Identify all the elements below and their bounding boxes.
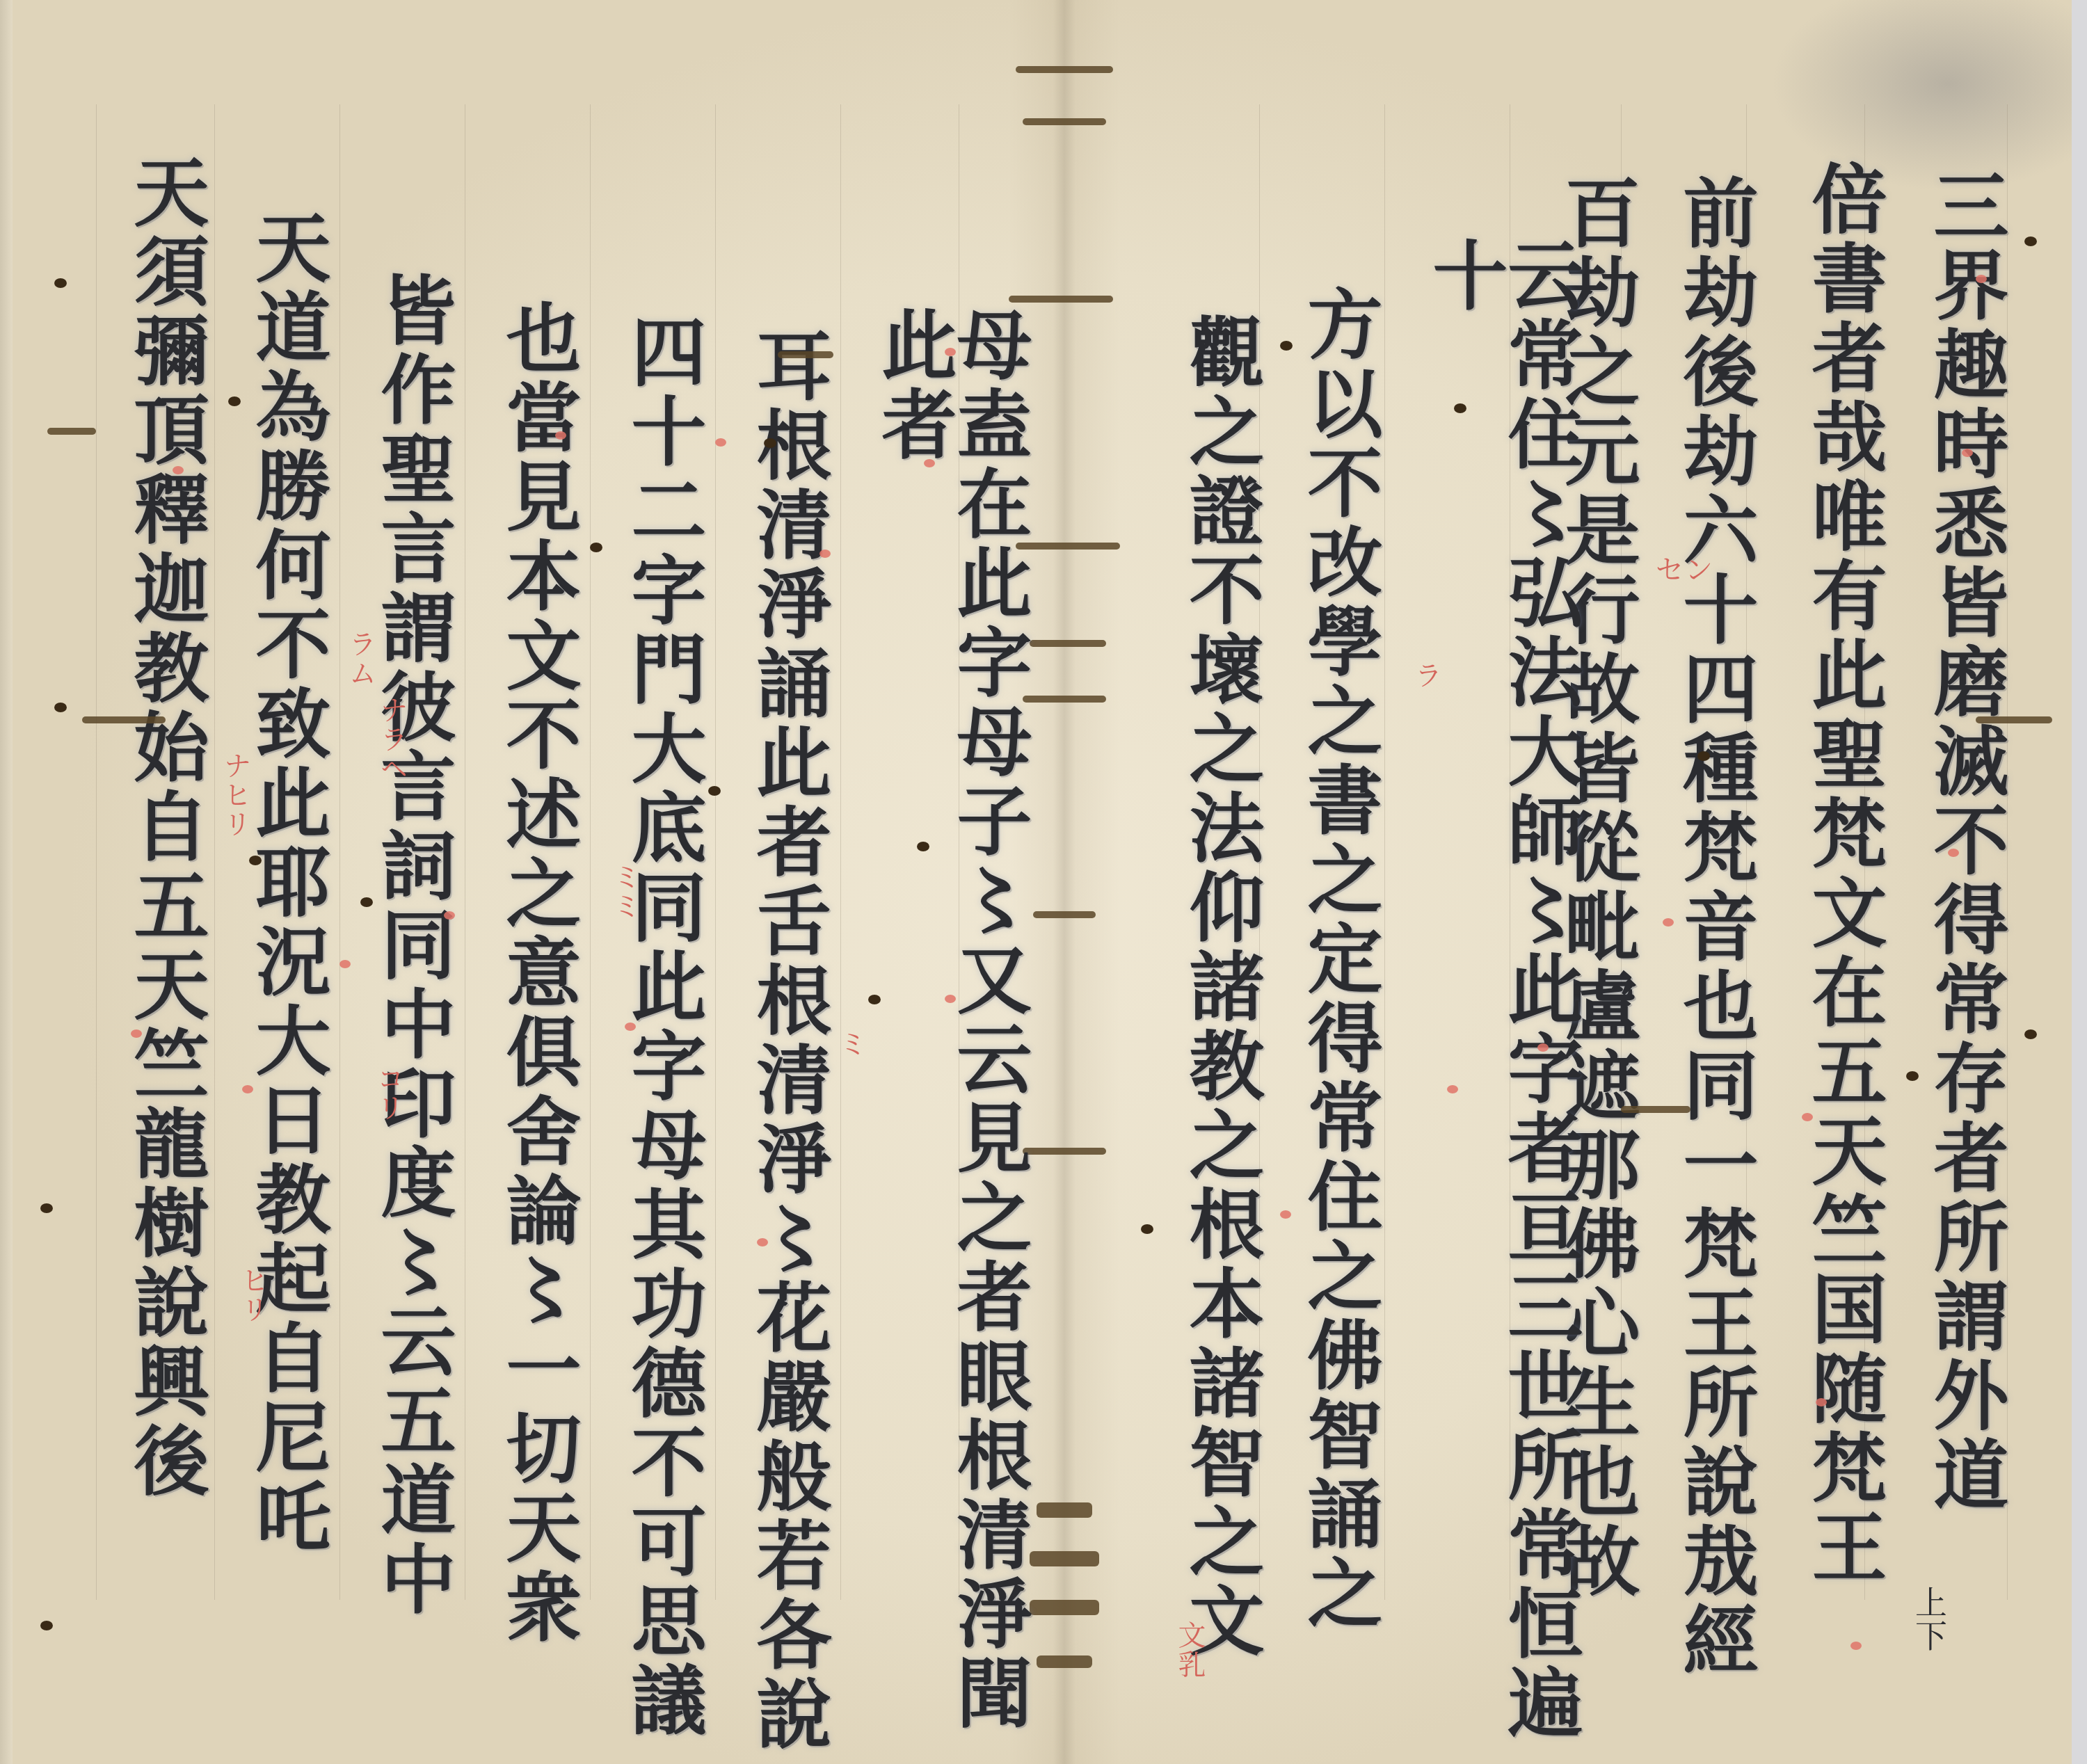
- red-punctuation-dot: [242, 1085, 253, 1093]
- text-column-l1: 母盍在此字母子〻又云見之者眼根清淨聞此者: [875, 306, 1025, 1764]
- gloss-shangxia: 上下: [1913, 1586, 1945, 1653]
- red-punctuation-dot: [945, 348, 956, 356]
- red-punctuation-dot: [945, 995, 956, 1003]
- wormhole-trail: [1009, 296, 1113, 303]
- red-punctuation-dot: [1802, 1113, 1813, 1121]
- text-column-r2: 倍書者哉唯有此聖梵文在五天竺国随梵王: [1805, 160, 1880, 1587]
- wormhole-trail: [1023, 118, 1106, 125]
- wormhole-trail: [1030, 1600, 1099, 1615]
- red-punctuation-dot: [1537, 1043, 1549, 1052]
- red-punctuation-dot: [1280, 1210, 1291, 1219]
- wormhole: [917, 842, 929, 851]
- wormhole-trail: [82, 716, 166, 723]
- red-gloss-kori: コリ: [374, 1064, 402, 1123]
- wormhole: [1280, 341, 1293, 351]
- red-punctuation-dot: [1663, 918, 1674, 927]
- wormhole: [1141, 1224, 1153, 1234]
- ruled-line: [840, 104, 841, 1600]
- red-punctuation-dot: [1948, 849, 1959, 857]
- wormhole: [228, 396, 241, 406]
- red-gloss-ra: ラ: [1412, 661, 1440, 690]
- text-column-r3: 前劫後劫六十四種梵音也同一梵王所說㦲經: [1677, 174, 1752, 1681]
- text-column-l5: 皆作聖言謂彼言詞同中印度〻云五道中: [374, 271, 449, 1619]
- wormhole-trail: [1033, 911, 1096, 918]
- red-gloss-mi: ミ: [837, 1029, 865, 1059]
- wormhole: [40, 1203, 53, 1213]
- right-page: 三界趣時悉皆磨滅不得常存者所謂外道 倍書者哉唯有此聖梵文在五天竺国随梵王 前劫後…: [1120, 0, 2087, 1764]
- wormhole-trail: [1976, 716, 2052, 723]
- ruled-line: [590, 104, 591, 1600]
- wormhole: [2024, 236, 2037, 246]
- text-column-l3: 四十二字門大底同此字母其功德不可思議: [625, 313, 700, 1740]
- red-punctuation-dot: [715, 438, 726, 447]
- text-column-r1: 三界趣時悉皆磨滅不得常存者所謂外道: [1927, 167, 2002, 1515]
- wormhole-trail: [1037, 1502, 1092, 1518]
- wormhole-trail: [778, 351, 833, 358]
- left-page: 母盍在此字母子〻又云見之者眼根清淨聞此者 耳根清淨誦此者舌根清淨〻花嚴般若各說 …: [13, 0, 1009, 1764]
- red-gloss-hiri: ヒリ: [239, 1266, 266, 1324]
- wormhole-trail: [1016, 66, 1113, 73]
- ruled-line: [96, 104, 97, 1600]
- red-punctuation-dot: [1447, 1085, 1458, 1093]
- red-punctuation-dot: [1816, 1398, 1827, 1406]
- wormhole-trail: [47, 428, 96, 435]
- wormhole: [1697, 751, 1710, 761]
- ruled-line: [1384, 104, 1385, 1600]
- wormhole-trail: [1023, 1148, 1106, 1155]
- red-punctuation-dot: [1850, 1642, 1862, 1650]
- wormhole: [590, 543, 602, 552]
- wormhole-trail: [1037, 1655, 1092, 1668]
- red-punctuation-dot: [131, 1029, 142, 1038]
- wormhole-trail: [1030, 640, 1106, 647]
- red-gloss-bun: 文乳: [1176, 1621, 1204, 1679]
- wormhole: [40, 1621, 53, 1630]
- red-gloss-narahe: ナラヘ: [378, 696, 406, 783]
- ruled-line: [715, 104, 716, 1600]
- text-column-l4: 也當見本文不述之意俱舍論〻一切天衆: [499, 299, 575, 1647]
- wormhole: [1906, 1071, 1919, 1081]
- wormhole: [764, 438, 776, 448]
- wormhole: [54, 278, 67, 288]
- wormhole-trail: [1621, 1106, 1690, 1113]
- wormhole-trail: [1023, 696, 1106, 703]
- manuscript-spread: 三界趣時悉皆磨滅不得常存者所謂外道 倍書者哉唯有此聖梵文在五天竺国随梵王 前劫後…: [0, 0, 2087, 1764]
- paper-left-edge: [0, 0, 13, 1764]
- wormhole: [54, 703, 67, 712]
- red-gloss-sen: セン: [1656, 556, 1714, 584]
- ruled-line: [465, 104, 465, 1600]
- wormhole: [2024, 1029, 2037, 1039]
- red-punctuation-dot: [555, 431, 566, 440]
- red-gloss-mimi: ミミ: [611, 863, 639, 921]
- red-punctuation-dot: [819, 550, 831, 558]
- red-punctuation-dot: [444, 911, 455, 920]
- ruled-line: [339, 104, 340, 1600]
- red-punctuation-dot: [625, 1023, 636, 1031]
- red-punctuation-dot: [757, 1238, 768, 1246]
- text-column-r5: 云常住〻弘法大師〻此字者亘三世所常恒遍十: [1426, 236, 1576, 1764]
- red-punctuation-dot: [1976, 275, 1987, 283]
- text-column-r6: 方以不改學之書之定得常住之佛智誦之: [1301, 285, 1376, 1633]
- wormhole: [1454, 403, 1466, 413]
- wormhole: [249, 856, 262, 865]
- red-punctuation-dot: [924, 459, 935, 467]
- wormhole: [868, 995, 881, 1004]
- red-punctuation-dot: [1962, 449, 1973, 457]
- text-column-l7: 天須彌頂釋迦教始自五天竺龍樹說興後: [127, 153, 202, 1501]
- red-punctuation-dot: [339, 960, 351, 968]
- text-column-l6: 天道為勝何不致此耶況大日教起自尼吒: [249, 209, 324, 1557]
- text-column-l2: 耳根清淨誦此者舌根清淨〻花嚴般若各說: [750, 327, 825, 1754]
- text-column-r7: 觀之證不壞之法仰諸教之根本諸智之文: [1183, 313, 1258, 1661]
- red-punctuation-dot: [173, 466, 184, 474]
- wormhole: [708, 786, 721, 796]
- red-gloss-ramu: ラム: [346, 630, 374, 688]
- wormhole: [360, 897, 373, 907]
- wormhole-trail: [1030, 1551, 1099, 1566]
- red-gloss-nahiri: ナヒリ: [221, 751, 249, 839]
- ruled-line: [214, 104, 215, 1600]
